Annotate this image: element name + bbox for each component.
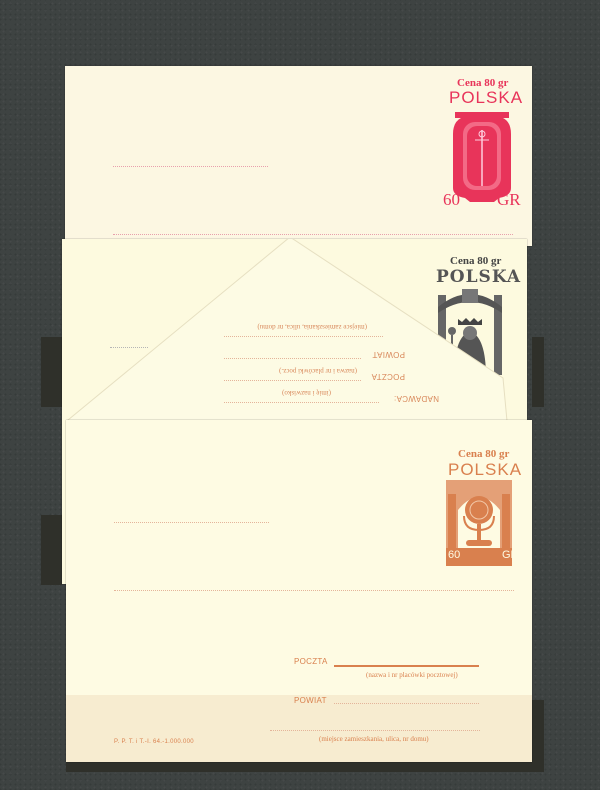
post-line [224,380,361,381]
stamp-unit: GR [502,549,519,561]
mount-strip-left-lower [41,515,62,585]
flap-sender-block: NADAWCA: (imię i nazwisko) POCZTA (nazwa… [224,299,439,409]
name-hint: (imię i nazwisko) [282,389,331,397]
residence-hint: (miejsce zamieszkania, ulica, nr domu) [257,323,367,331]
county-label: POWIAT [372,350,405,359]
stamp-country: POLSKA [448,460,522,480]
post-label: POCZTA [294,657,328,666]
stamp-imprint: Cena 80 gr POLSKA 60 GR [435,66,525,216]
stamp-value: 60 [448,549,460,561]
stamp-price: Cena 80 gr [458,448,509,460]
county-label: POWIAT [294,696,327,705]
stamp-unit: GR [497,190,521,210]
post-field-line[interactable] [334,665,479,667]
printer-imprint: P. P. T. i T.-I. 64.-1.000.000 [114,739,194,745]
residence-hint: (miejsce zamieszkania, ulica, nr domu) [319,735,429,743]
residence-field-line[interactable] [270,730,480,731]
mount-strip-bottom [66,762,544,772]
residence-line [224,336,383,337]
post-hint: (nazwa i nr placówki pocz.) [279,367,357,375]
mount-strip-left [41,337,62,407]
sender-label: NADAWCA: [394,394,439,403]
mount-strip-right [532,337,544,407]
stamp-value: 60 [443,190,460,210]
post-label: POCZTA [371,372,405,381]
address-line-2 [113,234,513,235]
name-line [224,402,379,403]
stamp-imprint: Cena 80 gr POLSKA 60 GR [438,420,528,560]
postal-card-front[interactable]: Cena 80 gr POLSKA 60 GR POCZTA (nazwa i … [66,420,532,762]
county-field-line[interactable] [334,703,479,704]
sceptre-icon [449,110,515,202]
postal-card-top[interactable]: Cena 80 gr POLSKA 60 GR [65,66,532,246]
card-fold-band [66,695,532,762]
post-hint: (nazwa i nr placówki pocztowej) [366,671,458,679]
county-line [224,358,361,359]
stamp-country: POLSKA [449,88,523,108]
address-line-1 [113,166,268,167]
address-line-1 [114,522,269,523]
address-line-2 [114,590,514,591]
